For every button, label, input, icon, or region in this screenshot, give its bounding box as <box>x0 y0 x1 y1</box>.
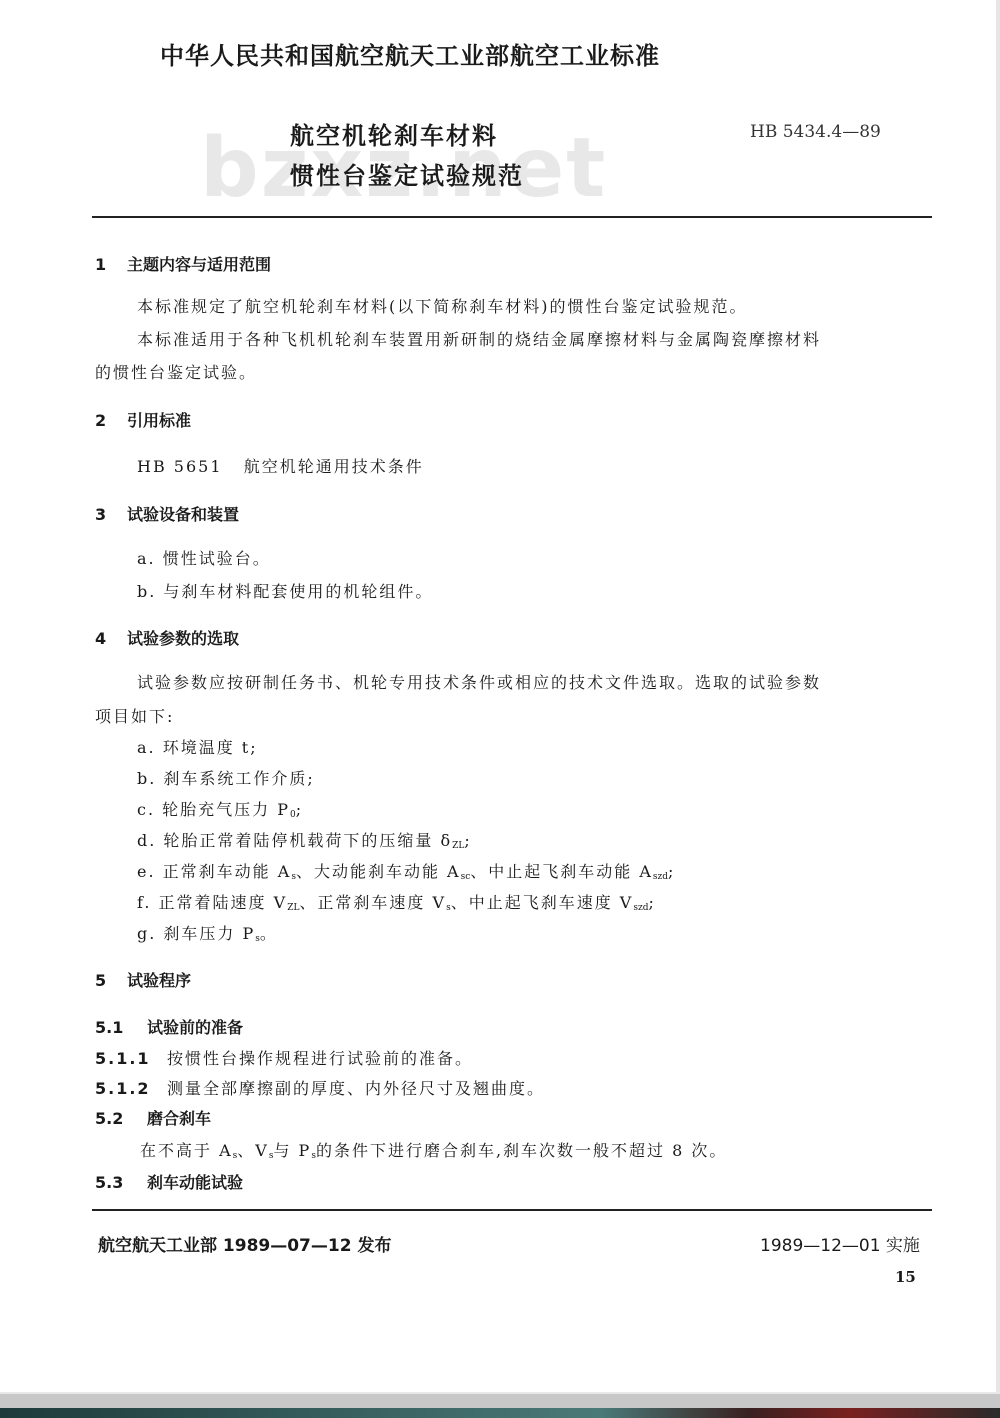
page-number: 15 <box>895 1268 916 1286</box>
reference-standard: HB 5651 航空机轮通用技术条件 <box>137 454 424 477</box>
section-5-heading: 5试验程序 <box>95 968 191 991</box>
param-item-g: g. 刹车压力 Ps。 <box>137 921 278 944</box>
doc-title-line1: 航空机轮刹车材料 <box>290 116 498 151</box>
standard-code: HB 5434.4—89 <box>750 122 881 142</box>
section-1-para2-line2: 的惯性台鉴定试验。 <box>95 360 257 383</box>
param-item-b: b. 刹车系统工作介质; <box>137 766 315 789</box>
section-5-2-heading: 5.2磨合刹车 <box>95 1106 211 1129</box>
footer-rule <box>92 1209 932 1211</box>
org-title: 中华人民共和国航空航天工业部航空工业标准 <box>160 36 660 71</box>
section-2-heading: 2引用标准 <box>95 408 191 431</box>
param-item-c: c. 轮胎充气压力 P0; <box>137 797 303 820</box>
section-5-1-1: 5.1.1按惯性台操作规程进行试验前的准备。 <box>95 1046 473 1069</box>
section-1-para2-line1: 本标准适用于各种飞机机轮刹车装置用新研制的烧结金属摩擦材料与金属陶瓷摩擦材料 <box>137 327 821 350</box>
section-3-heading: 3试验设备和装置 <box>95 502 239 525</box>
section-5-1-2: 5.1.2测量全部摩擦副的厚度、内外径尺寸及翘曲度。 <box>95 1076 545 1099</box>
section-5-1-heading: 5.1试验前的准备 <box>95 1015 243 1038</box>
effective-date: 1989—12—01 实施 <box>760 1231 920 1256</box>
section-5-2-text: 在不高于 As、Vs与 Ps的条件下进行磨合刹车,刹车次数一般不超过 8 次。 <box>140 1138 727 1161</box>
page-edge <box>996 0 1000 1392</box>
reference-code: HB 5651 <box>137 457 223 476</box>
header-rule <box>92 216 932 218</box>
section-1-heading: 1主题内容与适用范围 <box>95 252 271 275</box>
section-4-para-line1: 试验参数应按研制任务书、机轮专用技术条件或相应的技术文件选取。选取的试验参数 <box>137 670 821 693</box>
section-3-item-a: a. 惯性试验台。 <box>137 546 271 569</box>
taskbar-strip <box>0 1408 1000 1418</box>
doc-title-line2: 惯性台鉴定试验规范 <box>290 156 524 191</box>
reference-title: 航空机轮通用技术条件 <box>244 457 424 476</box>
section-4-para-line2: 项目如下: <box>95 704 174 727</box>
horizontal-scrollbar[interactable] <box>0 1392 1000 1408</box>
param-item-a: a. 环境温度 t; <box>137 735 258 758</box>
issue-info: 航空航天工业部 1989—07—12 发布 <box>98 1231 391 1256</box>
param-item-d: d. 轮胎正常着陆停机载荷下的压缩量 δZL; <box>137 828 472 851</box>
section-3-item-b: b. 与刹车材料配套使用的机轮组件。 <box>137 579 433 602</box>
section-4-heading: 4试验参数的选取 <box>95 626 239 649</box>
section-5-3-heading: 5.3刹车动能试验 <box>95 1170 243 1193</box>
document-page: bzxz.net 中华人民共和国航空航天工业部航空工业标准 航空机轮刹车材料 惯… <box>0 0 996 1392</box>
param-item-e: e. 正常刹车动能 As、大动能刹车动能 Asc、中止起飞刹车动能 Aszd; <box>137 859 675 882</box>
section-1-para1: 本标准规定了航空机轮刹车材料(以下简称刹车材料)的惯性台鉴定试验规范。 <box>137 294 748 317</box>
param-item-f: f. 正常着陆速度 VZL、正常刹车速度 Vs、中止起飞刹车速度 Vszd; <box>137 890 656 913</box>
